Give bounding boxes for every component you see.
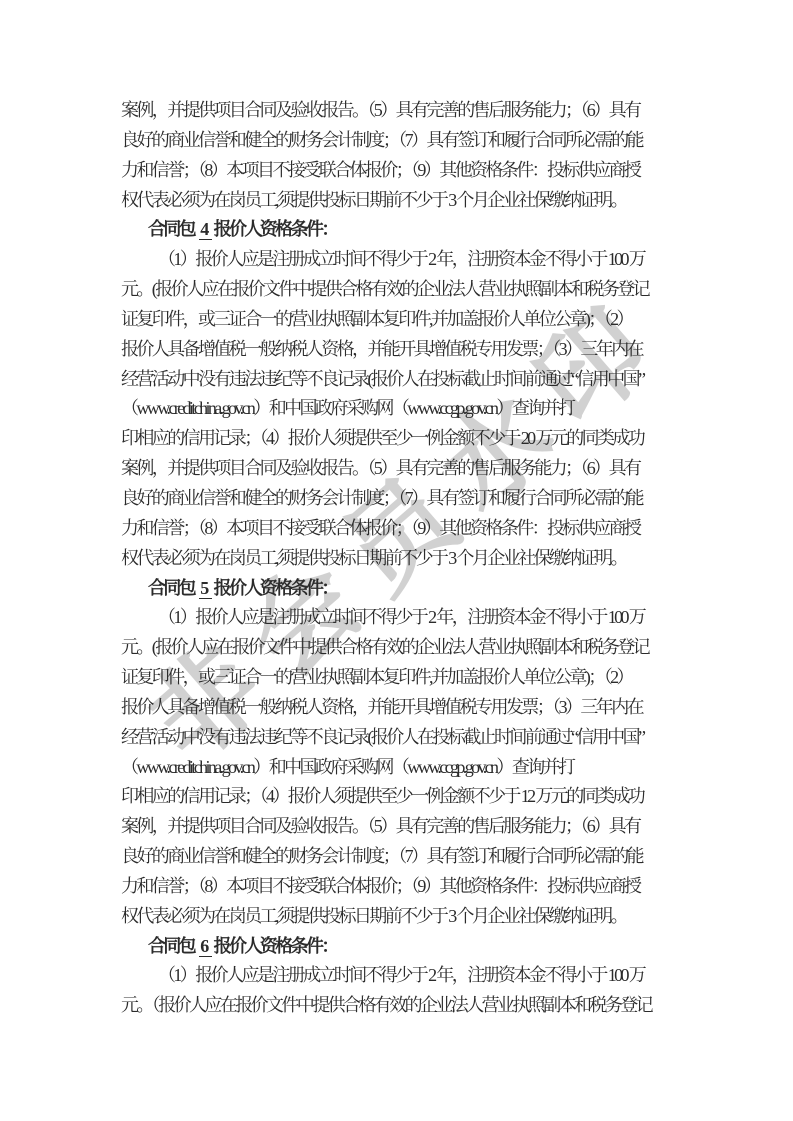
document-body: 案例，并提供项目合同及验收报告。（5）具有完善的售后服务能力；（6）具有 良好的…	[121, 96, 673, 1021]
text-line: 印相应的信用记录；（4）报价人须提供至少一例金额不少于 20 万元的同类成功	[121, 424, 673, 454]
text-line: （www.creditchina.gov.cn）和中国政府采购网（www.ccg…	[121, 394, 673, 424]
text-line: 力和信誉；（8）本项目不接受联合体报价；（9）其他资格条件：投标供应商授	[121, 514, 673, 544]
text-line: 证复印件，或三证合一的营业执照副本复印件,并加盖报价人单位公章)；（2）	[121, 305, 673, 335]
text-line: 案例，并提供项目合同及验收报告。（5）具有完善的售后服务能力；（6）具有	[121, 812, 673, 842]
text-line: （1）报价人应是注册成立时间不得少于 2 年，注册资本金不得小于 100 万	[121, 245, 673, 275]
text-line: 元。(报价人应在报价文件中提供合格有效的企业法人营业执照副本和税务登记	[121, 275, 673, 305]
text-line: 权代表必须为在岗员工,须提供投标日期前不少于 3 个月企业社保缴纳证明。	[121, 186, 673, 216]
text-line: （1）报价人应是注册成立时间不得少于 2 年，注册资本金不得小于 100 万	[121, 961, 673, 991]
text-line: （www.creditchina.gov.cn）和中国政府采购网（www.ccg…	[121, 753, 673, 783]
text-line: 报价人具备增值税一般纳税人资格，并能开具增值税专用发票；（3）三年内在	[121, 335, 673, 365]
text-line: 良好的商业信誉和健全的财务会计制度；（7）具有签订和履行合同所必需的能	[121, 842, 673, 872]
text-line: 证复印件，或三证合一的营业执照副本复印件,并加盖报价人单位公章)；（2）	[121, 663, 673, 693]
heading-prefix: 合同包	[148, 578, 194, 598]
text-line: 权代表必须为在岗员工,须提供投标日期前不少于 3 个月企业社保缴纳证明。	[121, 902, 673, 932]
text-line: 力和信誉；（8）本项目不接受联合体报价；（9）其他资格条件：投标供应商授	[121, 872, 673, 902]
text-line: 经营活动中没有违法违纪等不良记录(报价人在投标截止时间前通过“信用中国”	[121, 365, 673, 395]
package-number: 6	[199, 936, 211, 957]
text-line: 良好的商业信誉和健全的财务会计制度；（7）具有签订和履行合同所必需的能	[121, 126, 673, 156]
text-line: 案例，并提供项目合同及验收报告。（5）具有完善的售后服务能力；（6）具有	[121, 96, 673, 126]
heading-suffix: 报价人资格条件：	[214, 219, 337, 239]
package-number: 5	[199, 578, 211, 599]
text-line: 印相应的信用记录；（4）报价人须提供至少一例金额不少于 12 万元的同类成功	[121, 782, 673, 812]
contract-package-6-heading: 合同包6报价人资格条件：	[121, 932, 673, 962]
contract-package-4-heading: 合同包4报价人资格条件：	[121, 215, 673, 245]
text-line: 元。（报价人应在报价文件中提供合格有效的企业法人营业执照副本和税务登记	[121, 991, 673, 1021]
text-line: （1）报价人应是注册成立时间不得少于 2 年，注册资本金不得小于 100 万	[121, 603, 673, 633]
heading-suffix: 报价人资格条件：	[214, 936, 337, 956]
text-line: 力和信誉；（8）本项目不接受联合体报价；（9）其他资格条件：投标供应商授	[121, 156, 673, 186]
contract-package-5-heading: 合同包5报价人资格条件：	[121, 574, 673, 604]
text-line: 报价人具备增值税一般纳税人资格，并能开具增值税专用发票；（3）三年内在	[121, 693, 673, 723]
text-line: 经营活动中没有违法违纪等不良记录(报价人在投标截止时间前通过“信用中国”	[121, 723, 673, 753]
text-line: 案例，并提供项目合同及验收报告。（5）具有完善的售后服务能力；（6）具有	[121, 454, 673, 484]
heading-prefix: 合同包	[148, 219, 194, 239]
heading-prefix: 合同包	[148, 936, 194, 956]
package-number: 4	[199, 219, 211, 240]
heading-suffix: 报价人资格条件：	[214, 578, 337, 598]
text-line: 元。(报价人应在报价文件中提供合格有效的企业法人营业执照副本和税务登记	[121, 633, 673, 663]
text-line: 权代表必须为在岗员工,须提供投标日期前不少于 3 个月企业社保缴纳证明。	[121, 544, 673, 574]
document-page: 非会员水印 案例，并提供项目合同及验收报告。（5）具有完善的售后服务能力；（6）…	[0, 0, 793, 1121]
text-line: 良好的商业信誉和健全的财务会计制度；（7）具有签订和履行合同所必需的能	[121, 484, 673, 514]
